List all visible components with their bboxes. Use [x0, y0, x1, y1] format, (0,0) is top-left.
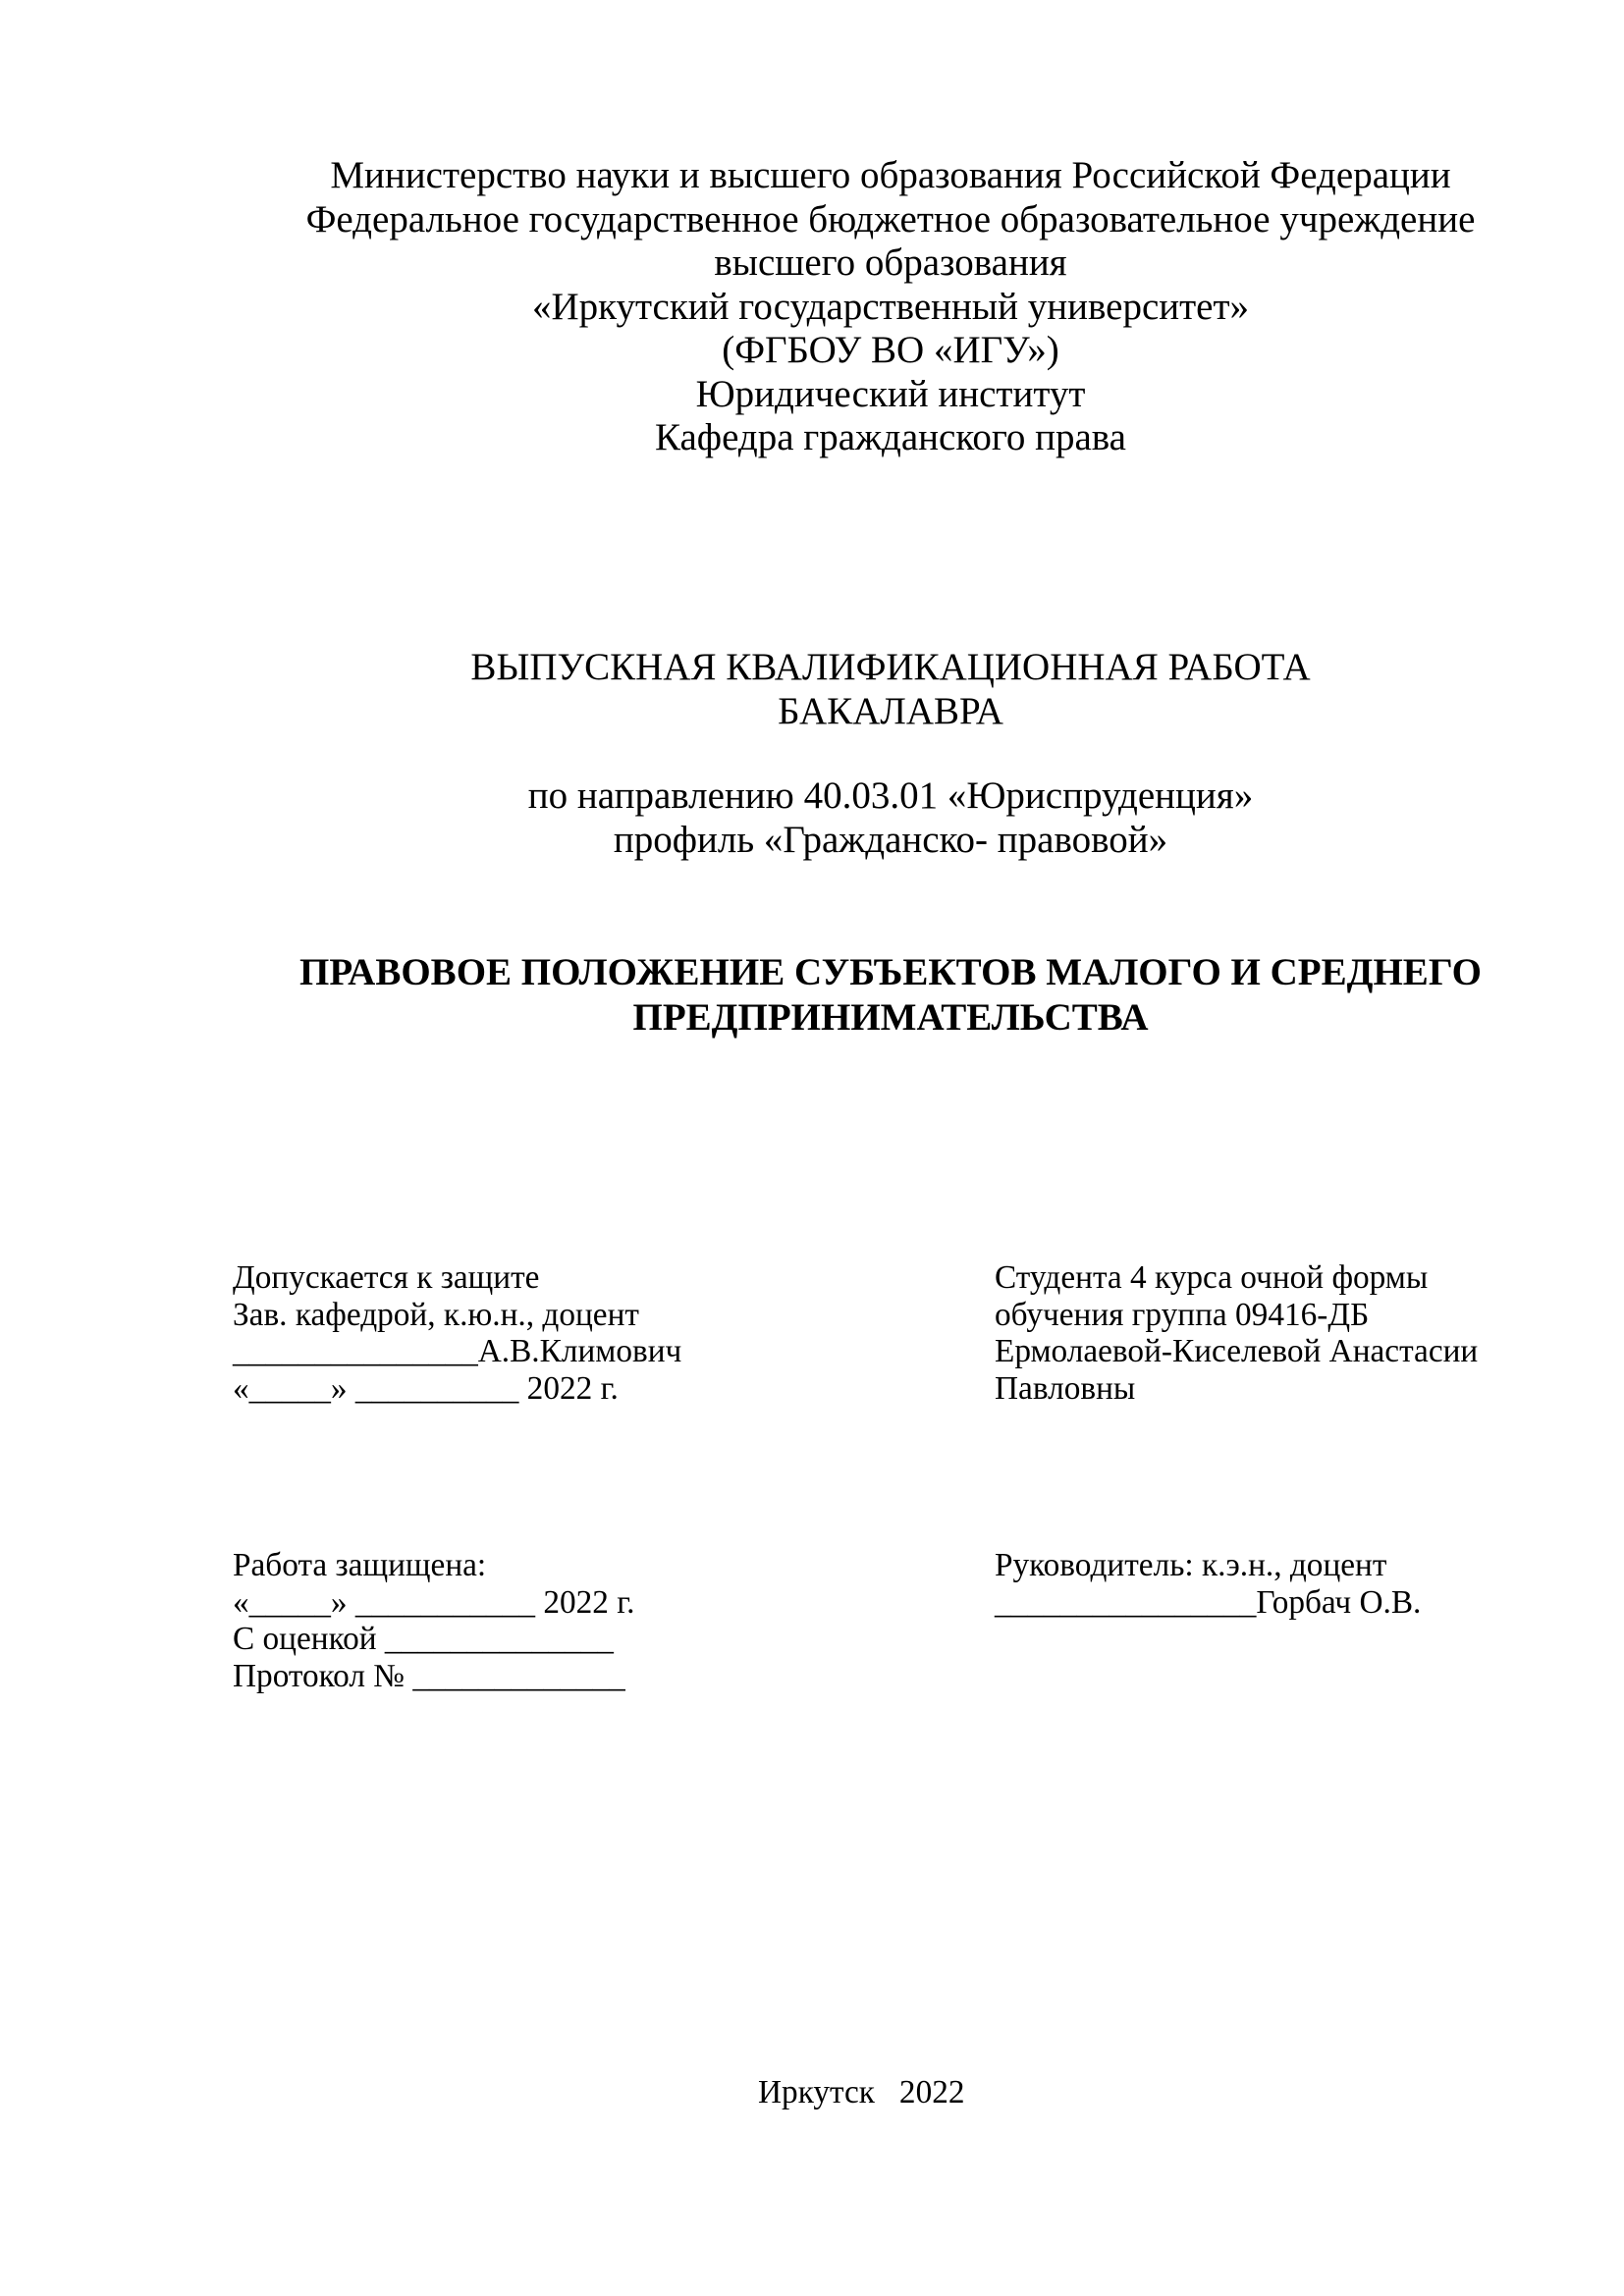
head-of-department-signature: _______________А.В.Климович [233, 1333, 920, 1370]
defense-date: «_____» ___________ 2022 г. [233, 1584, 920, 1622]
supervisor-signature: ________________Горбач О.В. [995, 1584, 1544, 1622]
defense-label: Работа защищена: [233, 1547, 920, 1584]
city-year-footer: Иркутск 2022 [758, 2074, 965, 2111]
study-direction: по направлению 40.03.01 «Юриспруденция» … [232, 774, 1549, 862]
student-name: Ермолаевой-Киселевой Анастасии [995, 1333, 1544, 1370]
university-abbrev-line: (ФГБОУ ВО «ИГУ») [232, 329, 1549, 373]
student-course: Студента 4 курса очной формы [995, 1259, 1544, 1297]
thesis-title-line-1: ПРАВОВОЕ ПОЛОЖЕНИЕ СУБЪЕКТОВ МАЛОГО И СР… [232, 950, 1549, 995]
student-group: обучения группа 09416-ДБ [995, 1297, 1544, 1334]
direction-line: по направлению 40.03.01 «Юриспруденция» [232, 774, 1549, 818]
work-type-line-2: БАКАЛАВРА [232, 689, 1549, 733]
institute-line: Юридический институт [232, 373, 1549, 417]
defense-block: Работа защищена: «_____» ___________ 202… [233, 1547, 920, 1694]
thesis-title-line-2: ПРЕДПРИНИМАТЕЛЬСТВА [232, 995, 1549, 1041]
institution-type-line: Федеральное государственное бюджетное об… [232, 198, 1549, 242]
defense-protocol: Протокол № _____________ [233, 1658, 920, 1695]
head-of-department-title: Зав. кафедрой, к.ю.н., доцент [233, 1297, 920, 1334]
admission-date: «_____» __________ 2022 г. [233, 1370, 920, 1408]
student-patronymic: Павловны [995, 1370, 1544, 1408]
city-year: Иркутск 2022 [758, 2074, 965, 2111]
university-name-line: «Иркутский государственный университет» [232, 286, 1549, 330]
student-block: Студента 4 курса очной формы обучения гр… [995, 1259, 1544, 1407]
supervisor-title: Руководитель: к.э.н., доцент [995, 1547, 1544, 1584]
institution-header: Министерство науки и высшего образования… [232, 154, 1549, 460]
work-type: ВЫПУСКНАЯ КВАЛИФИКАЦИОННАЯ РАБОТА БАКАЛА… [232, 645, 1549, 733]
defense-grade: С оценкой ______________ [233, 1621, 920, 1658]
supervisor-block: Руководитель: к.э.н., доцент ___________… [995, 1547, 1544, 1621]
profile-line: профиль «Гражданско- правовой» [232, 818, 1549, 862]
admission-label: Допускается к защите [233, 1259, 920, 1297]
work-type-line-1: ВЫПУСКНАЯ КВАЛИФИКАЦИОННАЯ РАБОТА [232, 645, 1549, 689]
department-line: Кафедра гражданского права [232, 416, 1549, 460]
admission-block: Допускается к защите Зав. кафедрой, к.ю.… [233, 1259, 920, 1407]
ministry-line: Министерство науки и высшего образования… [232, 154, 1549, 198]
thesis-title: ПРАВОВОЕ ПОЛОЖЕНИЕ СУБЪЕКТОВ МАЛОГО И СР… [232, 950, 1549, 1041]
education-level-line: высшего образования [232, 241, 1549, 286]
